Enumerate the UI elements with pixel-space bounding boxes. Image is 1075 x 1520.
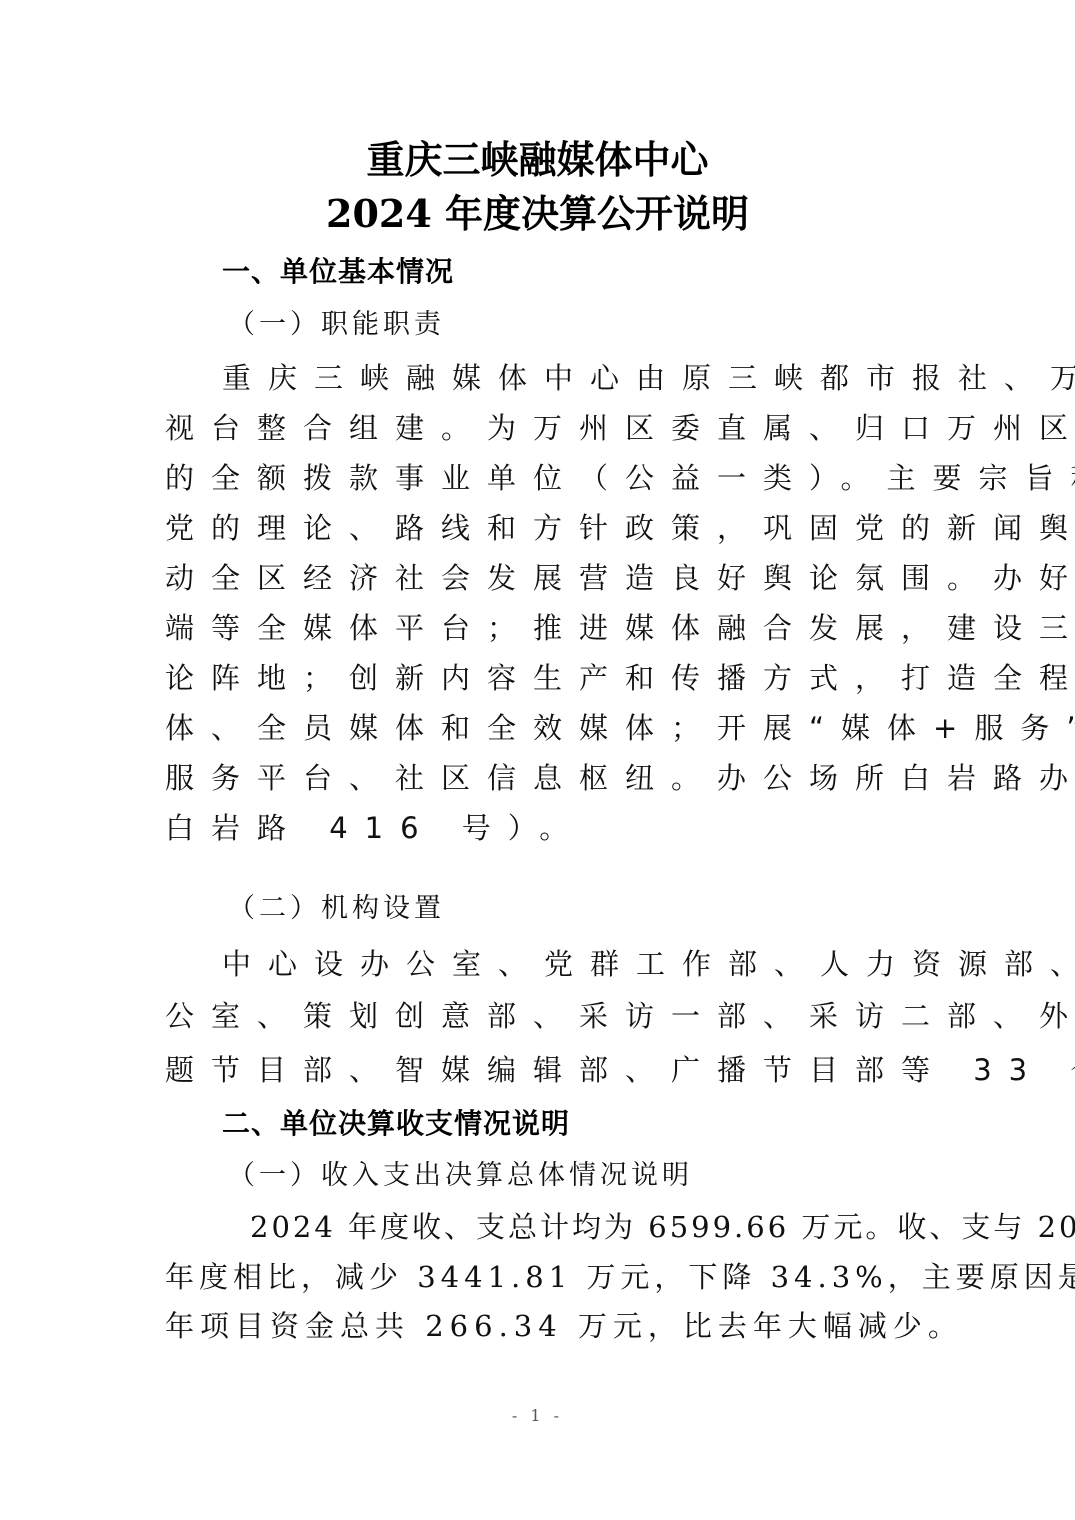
paragraph-line: 党的理论、路线和方针政策，巩固党的新闻舆论阵地，为推 — [165, 508, 925, 548]
subsection-heading-organization: （二）机构设置 — [228, 889, 445, 929]
subsection-heading-functions: （一）职能职责 — [228, 305, 445, 345]
paragraph-line: 论阵地；创新内容生产和传播方式，打造全程媒体、全息媒 — [165, 658, 925, 698]
section-heading-budget: 二、单位决算收支情况说明 — [222, 1104, 570, 1144]
subsection-heading-income-expense: （一）收入支出决算总体情况说明 — [228, 1156, 693, 1196]
paragraph-line: 体、全员媒体和全效媒体；开展“媒体+服务”，打造综合 — [165, 708, 925, 748]
paragraph-line: 题节目部、智媒编辑部、广播节目部等 33 个内设机构。 — [165, 1050, 925, 1090]
section-heading-basic-info: 一、单位基本情况 — [222, 252, 454, 292]
paragraph-line: 端等全媒体平台；推进媒体融合发展，建设三峡库区主流舆 — [165, 608, 925, 648]
paragraph-line: 公室、策划创意部、采访一部、采访二部、外宣新闻部、专 — [165, 996, 925, 1036]
document-title-line-2: 2024 年度决算公开说明 — [0, 190, 1075, 238]
paragraph-line: 重庆三峡融媒体中心由原三峡都市报社、万州区广播电 — [222, 358, 982, 398]
document-page: 重庆三峡融媒体中心 2024 年度决算公开说明 一、单位基本情况 （一）职能职责… — [0, 0, 1075, 1520]
paragraph-line: 2024 年度收、支总计均为 6599.66 万元。收、支与 2023 — [250, 1207, 1010, 1247]
paragraph-line: 白岩路 416 号）。 — [165, 808, 925, 848]
paragraph-line: 服务平台、社区信息枢纽。办公场所白岩路办公区（万州区 — [165, 758, 925, 798]
paragraph-line: 视台整合组建。为万州区委直属、归口万州区委宣传部管理 — [165, 408, 925, 448]
paragraph-line: 的全额拨款事业单位（公益一类）。主要宗旨和职责是宣传 — [165, 458, 925, 498]
paragraph-line: 年度相比，减少 3441.81 万元，下降 34.3%，主要原因是今 — [165, 1257, 925, 1297]
paragraph-line: 中心设办公室、党群工作部、人力资源部、新闻管理办 — [222, 944, 982, 984]
paragraph-line: 动全区经济社会发展营造良好舆论氛围。办好报、台、网、 — [165, 558, 925, 598]
page-number: - 1 - — [0, 1406, 1075, 1425]
document-title-line-1: 重庆三峡融媒体中心 — [0, 136, 1075, 184]
paragraph-line: 年项目资金总共 266.34 万元，比去年大幅减少。 — [165, 1306, 925, 1346]
